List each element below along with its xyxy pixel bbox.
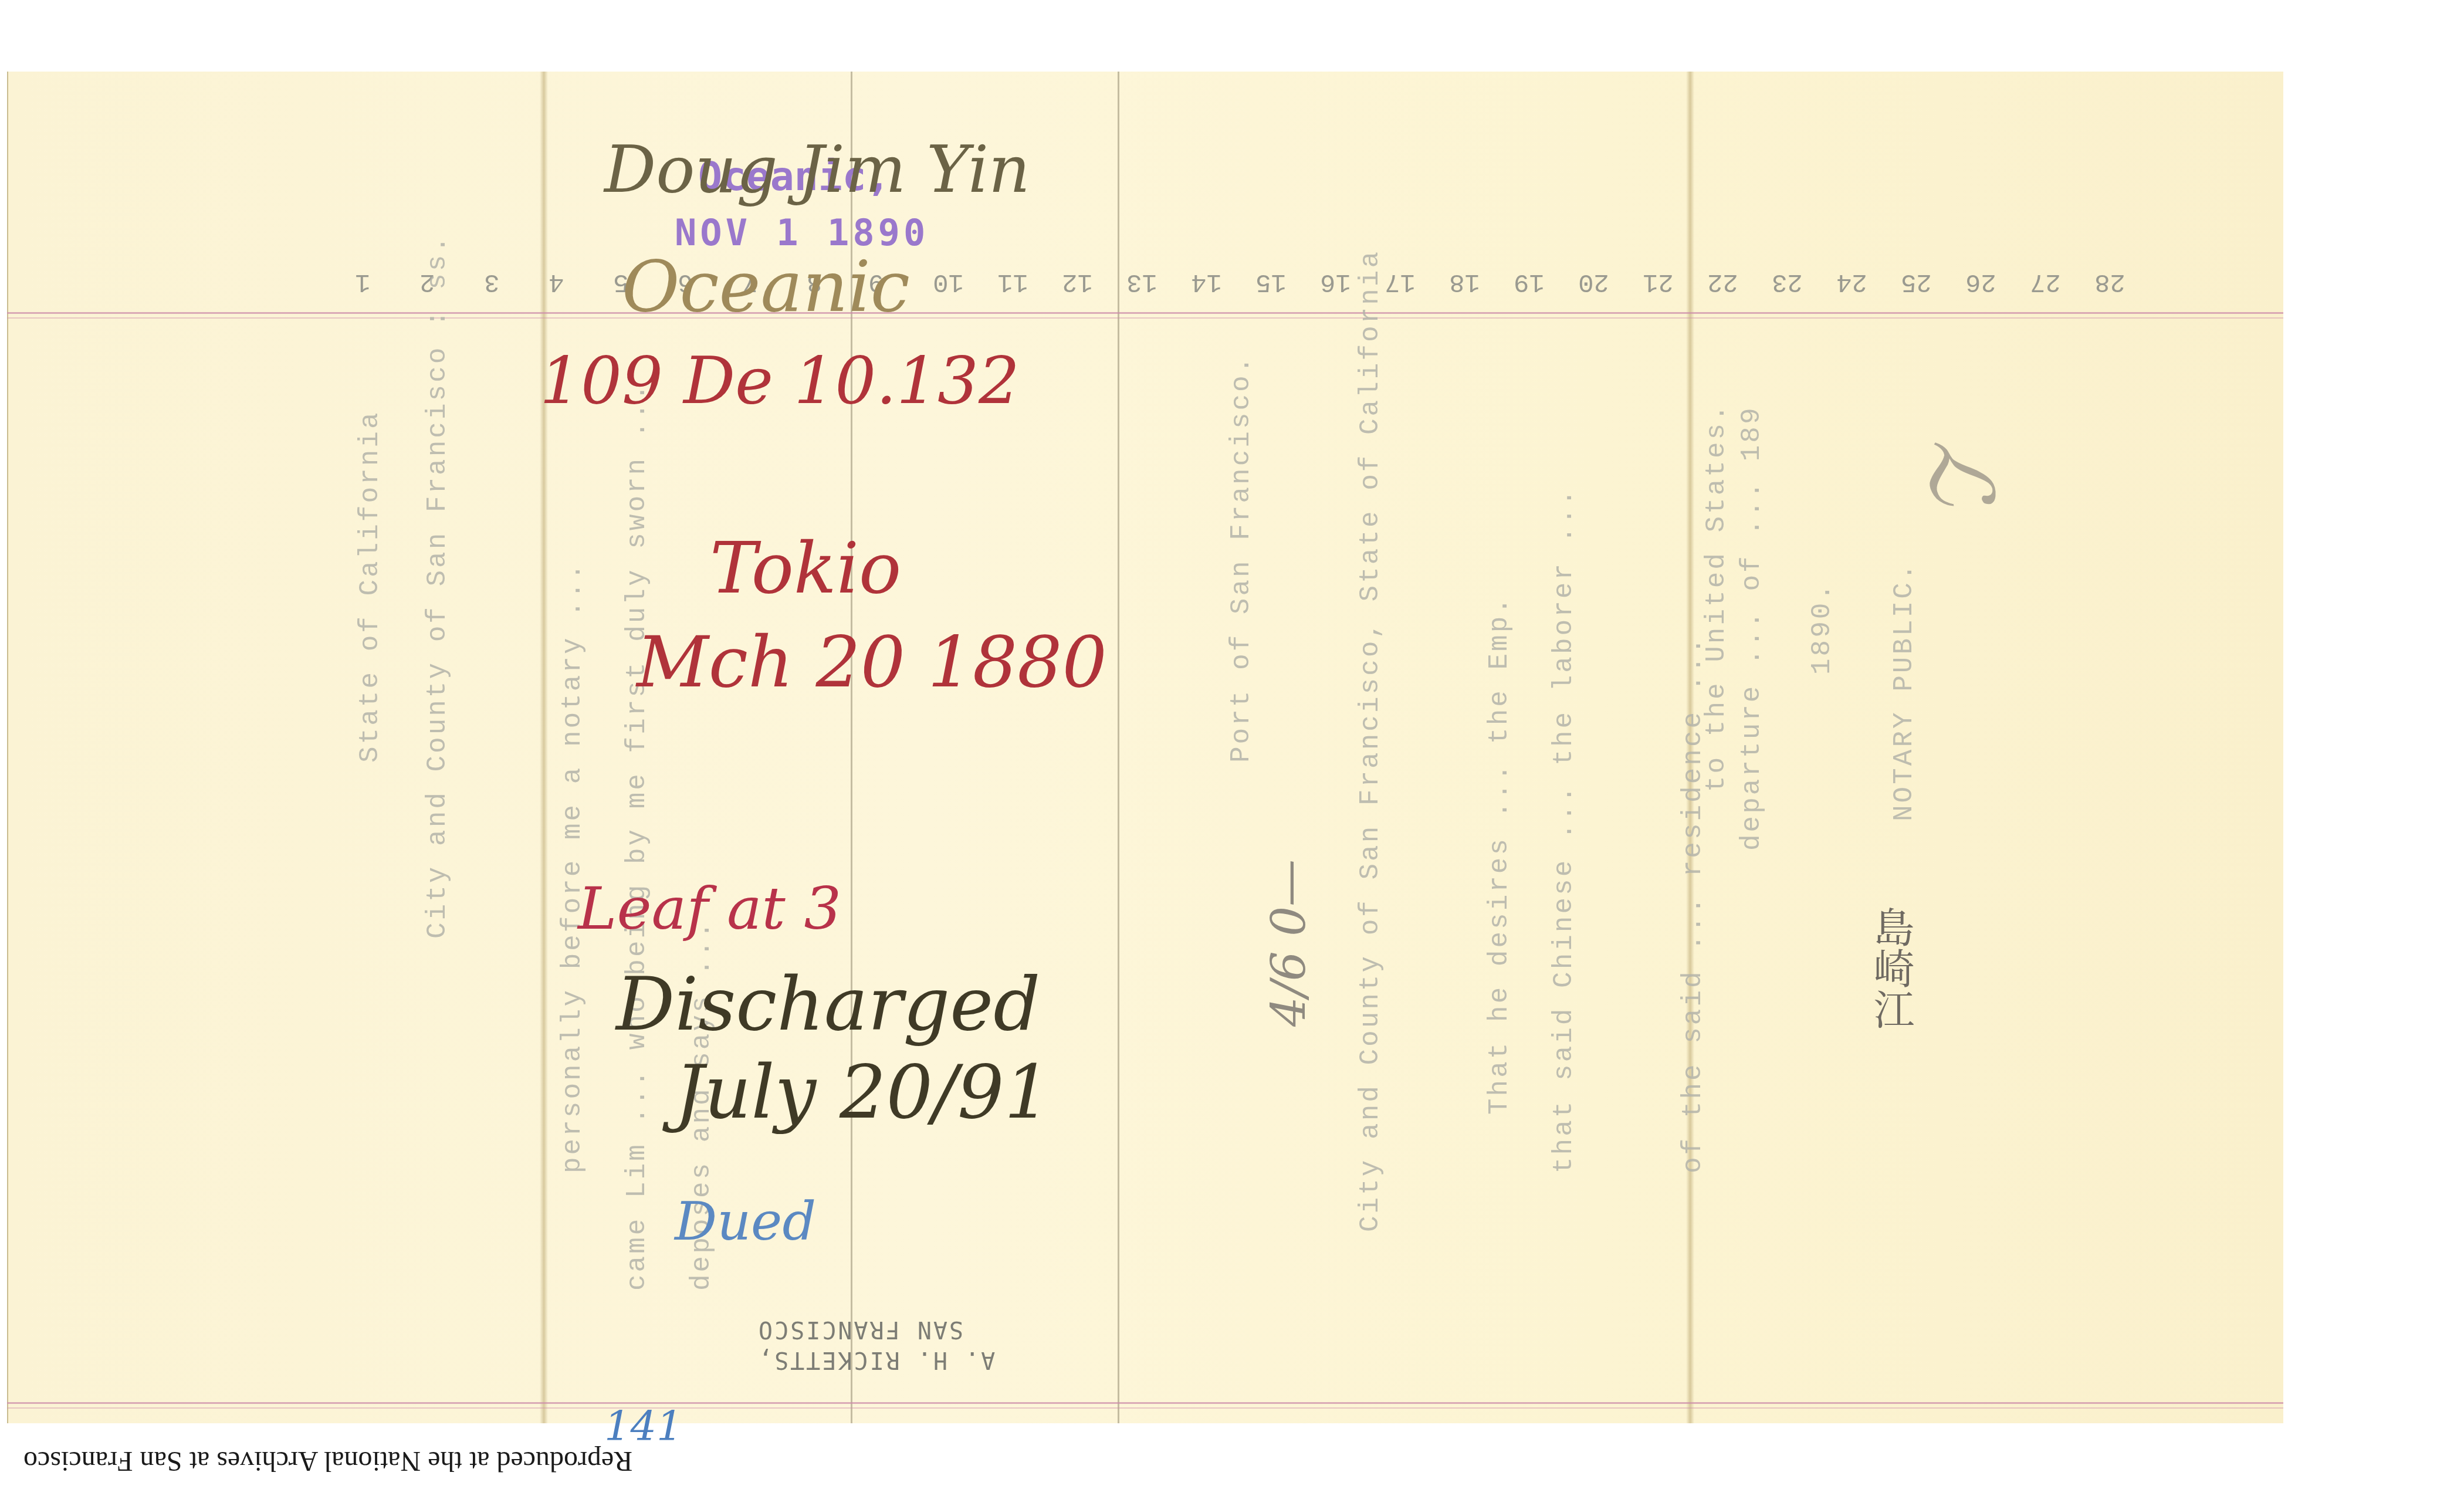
line-number: 27: [2030, 267, 2061, 296]
line-number: 28: [2094, 267, 2125, 296]
line-number: 21: [1643, 267, 1674, 296]
corner-mark: 141: [604, 1402, 683, 1450]
blue-pencil-mark: Dued: [675, 1191, 816, 1253]
handwritten-date: Mch 20 1880: [637, 622, 1107, 703]
line-number: 17: [1385, 267, 1416, 296]
line-number: 20: [1578, 267, 1609, 296]
handwritten-status-date: July 20/91: [675, 1050, 1051, 1135]
top-margin-rule: [7, 312, 2283, 319]
typed-line: 1890.: [1807, 499, 1837, 675]
typed-line: came Lim ... who being by me first duly …: [622, 352, 652, 1291]
typed-line: that said Chinese ... the laborer ...: [1549, 352, 1579, 1173]
line-number: 4: [549, 267, 564, 296]
handwritten-reference: 109 De 10.132: [540, 343, 1020, 418]
line-number: 23: [1772, 267, 1803, 296]
chinese-characters: 島崎江: [1863, 906, 1918, 1030]
handwritten-ship: Oceanic: [622, 246, 910, 328]
line-number: 26: [1965, 267, 1996, 296]
printer-imprint-line1: A. H. RICKETTS,: [757, 1345, 995, 1375]
line-number: 1: [355, 267, 370, 296]
line-number: 13: [1126, 267, 1157, 296]
printer-imprint-line2: SAN FRANCISCO: [757, 1314, 995, 1345]
line-number: 15: [1255, 267, 1287, 296]
typed-line: Port of San Francisco.: [1226, 352, 1257, 763]
typed-line: City and County of San Francisco, State …: [1355, 352, 1386, 1232]
column-rule-2: [1118, 72, 1119, 1423]
pencil-note: 4/6 0—: [1261, 859, 1316, 1027]
printer-imprint: A. H. RICKETTS, SAN FRANCISCO: [757, 1314, 995, 1375]
line-number: 19: [1514, 267, 1545, 296]
line-number: 12: [1062, 267, 1093, 296]
line-number: 25: [1901, 267, 1932, 296]
typed-line: That he desires ... the Emp.: [1484, 352, 1515, 1115]
typed-line: to the United States.: [1701, 323, 1732, 792]
line-number: 3: [484, 267, 499, 296]
typed-line: State of California: [355, 352, 385, 763]
line-number: 16: [1320, 267, 1351, 296]
line-number: 22: [1707, 267, 1738, 296]
handwritten-name: Doug Jim Yin: [604, 132, 1030, 207]
archive-credit: Reproduced at the National Archives at S…: [23, 1445, 632, 1477]
handwritten-leaf: Leaf at 3: [578, 874, 841, 943]
typed-line: deposes and says ...: [686, 352, 717, 1291]
typed-line: departure ... of ... 189: [1737, 323, 1767, 851]
chinese-name-characters: 島崎江: [1863, 906, 1910, 1044]
typed-line: City and County of San Francisco : ss.: [422, 352, 453, 939]
fold-crease-left: [540, 72, 548, 1423]
line-number: 24: [1836, 267, 1867, 296]
line-number: 18: [1449, 267, 1480, 296]
bottom-margin-rule: [7, 1402, 2283, 1409]
line-number: 10: [933, 267, 964, 296]
handwritten-status: Discharged: [616, 962, 1040, 1047]
line-number: 14: [1191, 267, 1222, 296]
line-number: 11: [997, 267, 1028, 296]
handwritten-place: Tokio: [710, 528, 901, 610]
pencil-signature-icon: ℒ: [1908, 438, 2016, 510]
typed-line: personally before me a notary ...: [557, 352, 588, 1173]
